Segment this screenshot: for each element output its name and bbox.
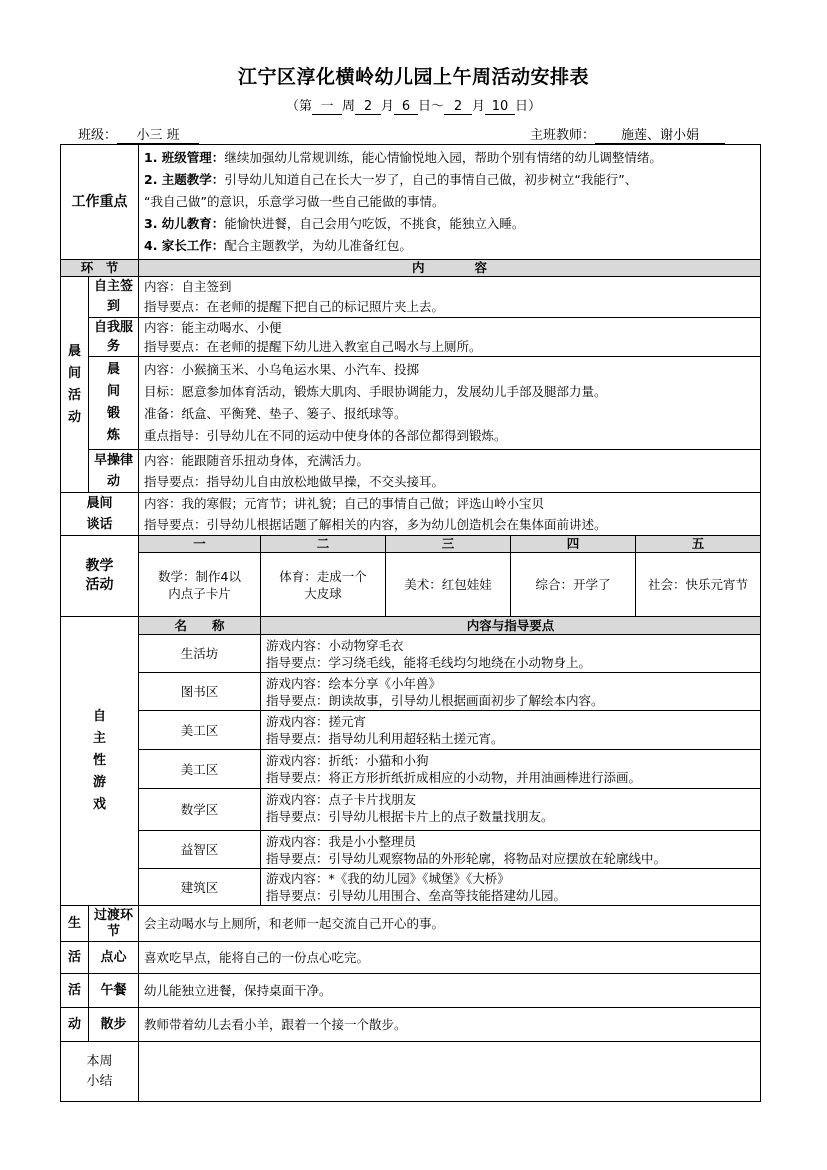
work-focus-item: 1. 班级管理：继续加强幼儿常规训练，能心情愉悦地入园，帮助个别有情绪的幼儿调整… bbox=[144, 147, 755, 169]
content-line: 目标：愿意参加体育活动，锻炼大肌肉、手眼协调能力，发展幼儿手部及腿部力量。 bbox=[144, 381, 755, 403]
morning-content: 内容：能跟随音乐扭动身体，充满活力。 指导要点：指导幼儿自由放松地做早操，不交头… bbox=[139, 450, 761, 493]
area-content: 游戏内容：折纸：小猫和小狗指导要点：将正方形折纸折成相应的小动物，并用油画棒进行… bbox=[261, 750, 761, 789]
schedule-table: 工作重点 1. 班级管理：继续加强幼儿常规训练，能心情愉悦地入园，帮助个别有情绪… bbox=[60, 144, 761, 1102]
week-number: 一 bbox=[312, 100, 342, 115]
day-header: 三 bbox=[386, 536, 511, 553]
content-line: 指导要点：引导幼儿根据话题了解相关的内容，多为幼儿创造机会在集体面前讲述。 bbox=[144, 514, 755, 535]
free-play-header-row: 自主性游戏 名 称 内容与指导要点 bbox=[61, 617, 761, 635]
content-line: 指导要点：将正方形折纸折成相应的小动物，并用油画棒进行添画。 bbox=[266, 769, 755, 786]
col-name-header: 名 称 bbox=[139, 617, 261, 635]
activity-cell: 社会：快乐元宵节 bbox=[636, 553, 761, 617]
life-row: 生 过渡环节 会主动喝水与上厕所，和老师一起交流自己开心的事。 bbox=[61, 906, 761, 942]
activity-cell: 体育：走成一个大皮球 bbox=[261, 553, 386, 617]
teaching-days-row: 教学活动 一 二 三 四 五 bbox=[61, 536, 761, 553]
content-line: 内容：我的寒假；元宵节；讲礼貌；自己的事情自己做；评选山岭小宝贝 bbox=[144, 493, 755, 514]
content-line: 指导要点：学习绕毛线，能将毛线均匀地绕在小动物身上。 bbox=[266, 654, 755, 671]
content-line: 准备：纸盒、平衡凳、垫子、篓子、报纸球等。 bbox=[144, 403, 755, 425]
end-day: 10 bbox=[485, 100, 515, 115]
area-content: 游戏内容：点子卡片找朋友指导要点：引导幼儿根据卡片上的点子数量找朋友。 bbox=[261, 789, 761, 831]
life-content: 幼儿能独立进餐，保持桌面干净。 bbox=[139, 974, 761, 1008]
work-focus-content: 1. 班级管理：继续加强幼儿常规训练，能心情愉悦地入园，帮助个别有情绪的幼儿调整… bbox=[139, 145, 761, 260]
area-name: 建筑区 bbox=[139, 869, 261, 906]
section-header-row: 环 节 内 容 bbox=[61, 260, 761, 277]
area-row: 建筑区 游戏内容：*《我的幼儿园》《城堡》《大桥》指导要点：引导幼儿用围合、垒高… bbox=[61, 869, 761, 906]
morning-sub-label: 早操律动 bbox=[89, 450, 139, 493]
week-suffix: 周 bbox=[342, 99, 355, 114]
content-line: 内容：能跟随音乐扭动身体，充满活力。 bbox=[144, 450, 755, 471]
morning-label: 晨间活动 bbox=[61, 277, 89, 493]
area-row: 美工区 游戏内容：折纸：小猫和小狗指导要点：将正方形折纸折成相应的小动物，并用油… bbox=[61, 750, 761, 789]
talk-row: 晨间谈话 内容：我的寒假；元宵节；讲礼貌；自己的事情自己做；评选山岭小宝贝 指导… bbox=[61, 493, 761, 536]
content-line: 内容：自主签到 bbox=[144, 277, 755, 297]
content-line: 指导要点：在老师的提醒下把自己的标记照片夹上去。 bbox=[144, 297, 755, 317]
life-row: 活 点心 喜欢吃早点，能将自己的一份点心吃完。 bbox=[61, 942, 761, 974]
activity-cell: 综合：开学了 bbox=[511, 553, 636, 617]
subtitle-close: 日） bbox=[515, 99, 541, 114]
morning-row: 自我服务 内容：能主动喝水、小便 指导要点：在老师的提醒下幼儿进入教室自己喝水与… bbox=[61, 318, 761, 357]
morning-content: 内容：自主签到 指导要点：在老师的提醒下把自己的标记照片夹上去。 bbox=[139, 277, 761, 318]
work-focus-label: 工作重点 bbox=[61, 145, 139, 260]
activity-cell: 美术：红包娃娃 bbox=[386, 553, 511, 617]
life-row: 动 散步 教师带着幼儿去看小羊，跟着一个接一个散步。 bbox=[61, 1008, 761, 1042]
vertical-label: 晨间锻炼 bbox=[107, 359, 121, 447]
header-content: 内 容 bbox=[139, 260, 761, 277]
area-content: 游戏内容：绘本分享《小年兽》指导要点：朗读故事，引导幼儿根据画面初步了解绘本内容… bbox=[261, 673, 761, 711]
area-content: 游戏内容：*《我的幼儿园》《城堡》《大桥》指导要点：引导幼儿用围合、垒高等技能搭… bbox=[261, 869, 761, 906]
work-focus-item-cont: “我自己做”的意识，乐意学习做一些自己能做的事情。 bbox=[144, 191, 755, 213]
morning-row: 晨间活动 自主签到 内容：自主签到 指导要点：在老师的提醒下把自己的标记照片夹上… bbox=[61, 277, 761, 318]
talk-label: 晨间谈话 bbox=[61, 493, 139, 536]
content-line: 内容：能主动喝水、小便 bbox=[144, 318, 755, 337]
life-sub-label: 点心 bbox=[89, 942, 139, 974]
subtitle-open: （第 bbox=[286, 99, 312, 114]
day-header: 四 bbox=[511, 536, 636, 553]
life-label-char: 动 bbox=[61, 1008, 89, 1042]
day-header: 二 bbox=[261, 536, 386, 553]
content-line: 指导要点：引导幼儿观察物品的外形轮廓，将物品对应摆放在轮廓线中。 bbox=[266, 850, 755, 867]
content-line: 游戏内容：点子卡片找朋友 bbox=[266, 791, 755, 808]
teacher-value: 施莲、谢小娟 bbox=[595, 128, 725, 144]
start-day: 6 bbox=[394, 100, 418, 115]
life-content: 教师带着幼儿去看小羊，跟着一个接一个散步。 bbox=[139, 1008, 761, 1042]
area-name: 生活坊 bbox=[139, 635, 261, 673]
teaching-activities-row: 数学：制作4以内点子卡片 体育：走成一个大皮球 美术：红包娃娃 综合：开学了 社… bbox=[61, 553, 761, 617]
content-line: 重点指导：引导幼儿在不同的运动中使身体的各部位都得到锻炼。 bbox=[144, 425, 755, 447]
class-value: 小三 班 bbox=[117, 128, 199, 144]
col-content-header: 内容与指导要点 bbox=[261, 617, 761, 635]
summary-label: 本周小结 bbox=[61, 1042, 139, 1102]
summary-row: 本周小结 bbox=[61, 1042, 761, 1102]
morning-sub-label: 晨间锻炼 bbox=[89, 357, 139, 450]
life-label-char: 活 bbox=[61, 974, 89, 1008]
page-title: 江宁区淳化横岭幼儿园上午周活动安排表 bbox=[0, 62, 827, 89]
morning-sub-label: 自我服务 bbox=[89, 318, 139, 357]
life-sub-label: 午餐 bbox=[89, 974, 139, 1008]
area-content: 游戏内容：我是小小整理员指导要点：引导幼儿观察物品的外形轮廓，将物品对应摆放在轮… bbox=[261, 831, 761, 869]
content-line: 游戏内容：搓元宵 bbox=[266, 713, 755, 730]
life-content: 喜欢吃早点，能将自己的一份点心吃完。 bbox=[139, 942, 761, 974]
teacher-info: 主班教师：施莲、谢小娟 bbox=[530, 124, 725, 144]
area-name: 美工区 bbox=[139, 711, 261, 750]
content-line: 指导要点：朗读故事，引导幼儿根据画面初步了解绘本内容。 bbox=[266, 692, 755, 709]
area-row: 数学区 游戏内容：点子卡片找朋友指导要点：引导幼儿根据卡片上的点子数量找朋友。 bbox=[61, 789, 761, 831]
work-focus-item: 3. 幼儿教育：能愉快进餐，自己会用勺吃饭，不挑食，能独立入睡。 bbox=[144, 213, 755, 235]
date-range: （第一周2月6日～2月10日） bbox=[0, 95, 827, 115]
area-content: 游戏内容：搓元宵指导要点：指导幼儿利用超轻粘土搓元宵。 bbox=[261, 711, 761, 750]
start-day-suffix: 日～ bbox=[418, 99, 444, 114]
class-label: 班级： bbox=[78, 128, 117, 143]
life-sub-label: 散步 bbox=[89, 1008, 139, 1042]
vertical-label: 自主性游戏 bbox=[93, 706, 107, 816]
class-info: 班级：小三 班 bbox=[78, 124, 199, 144]
teaching-label: 教学活动 bbox=[61, 536, 139, 617]
content-line: 指导要点：引导幼儿用围合、垒高等技能搭建幼儿园。 bbox=[266, 887, 755, 904]
start-month: 2 bbox=[355, 100, 381, 115]
morning-row: 晨间锻炼 内容：小猴摘玉米、小乌龟运水果、小汽车、投掷 目标：愿意参加体育活动，… bbox=[61, 357, 761, 450]
content-line: 游戏内容：我是小小整理员 bbox=[266, 833, 755, 850]
content-line: 游戏内容：折纸：小猫和小狗 bbox=[266, 752, 755, 769]
day-header: 五 bbox=[636, 536, 761, 553]
area-row: 生活坊 游戏内容：小动物穿毛衣指导要点：学习绕毛线，能将毛线均匀地绕在小动物身上… bbox=[61, 635, 761, 673]
morning-content: 内容：小猴摘玉米、小乌龟运水果、小汽车、投掷 目标：愿意参加体育活动，锻炼大肌肉… bbox=[139, 357, 761, 450]
content-line: 游戏内容：绘本分享《小年兽》 bbox=[266, 675, 755, 692]
content-line: 内容：小猴摘玉米、小乌龟运水果、小汽车、投掷 bbox=[144, 359, 755, 381]
morning-row: 早操律动 内容：能跟随音乐扭动身体，充满活力。 指导要点：指导幼儿自由放松地做早… bbox=[61, 450, 761, 493]
header-link: 环 节 bbox=[61, 260, 139, 277]
end-month-suffix: 月 bbox=[472, 99, 485, 114]
summary-content[interactable] bbox=[139, 1042, 761, 1102]
content-line: 指导要点：引导幼儿根据卡片上的点子数量找朋友。 bbox=[266, 808, 755, 825]
teacher-label: 主班教师： bbox=[530, 128, 595, 143]
work-focus-row: 工作重点 1. 班级管理：继续加强幼儿常规训练，能心情愉悦地入园，帮助个别有情绪… bbox=[61, 145, 761, 260]
area-row: 益智区 游戏内容：我是小小整理员指导要点：引导幼儿观察物品的外形轮廓，将物品对应… bbox=[61, 831, 761, 869]
area-row: 图书区 游戏内容：绘本分享《小年兽》指导要点：朗读故事，引导幼儿根据画面初步了解… bbox=[61, 673, 761, 711]
day-header: 一 bbox=[139, 536, 261, 553]
morning-content: 内容：能主动喝水、小便 指导要点：在老师的提醒下幼儿进入教室自己喝水与上厕所。 bbox=[139, 318, 761, 357]
free-play-label: 自主性游戏 bbox=[61, 617, 139, 906]
life-label-char: 活 bbox=[61, 942, 89, 974]
area-row: 美工区 游戏内容：搓元宵指导要点：指导幼儿利用超轻粘土搓元宵。 bbox=[61, 711, 761, 750]
end-month: 2 bbox=[444, 100, 472, 115]
content-line: 游戏内容：小动物穿毛衣 bbox=[266, 637, 755, 654]
content-line: 指导要点：指导幼儿自由放松地做早操，不交头接耳。 bbox=[144, 471, 755, 492]
area-name: 益智区 bbox=[139, 831, 261, 869]
content-line: 游戏内容：*《我的幼儿园》《城堡》《大桥》 bbox=[266, 870, 755, 887]
talk-content: 内容：我的寒假；元宵节；讲礼貌；自己的事情自己做；评选山岭小宝贝 指导要点：引导… bbox=[139, 493, 761, 536]
area-name: 数学区 bbox=[139, 789, 261, 831]
work-focus-item: 4. 家长工作：配合主题教学，为幼儿准备红包。 bbox=[144, 235, 755, 257]
morning-sub-label: 自主签到 bbox=[89, 277, 139, 318]
start-month-suffix: 月 bbox=[381, 99, 394, 114]
area-name: 美工区 bbox=[139, 750, 261, 789]
content-line: 指导要点：指导幼儿利用超轻粘土搓元宵。 bbox=[266, 730, 755, 747]
activity-cell: 数学：制作4以内点子卡片 bbox=[139, 553, 261, 617]
content-line: 指导要点：在老师的提醒下幼儿进入教室自己喝水与上厕所。 bbox=[144, 337, 755, 356]
life-label-char: 生 bbox=[61, 906, 89, 942]
life-sub-label: 过渡环节 bbox=[89, 906, 139, 942]
area-name: 图书区 bbox=[139, 673, 261, 711]
work-focus-item: 2. 主题教学：引导幼儿知道自己在长大一岁了，自己的事情自己做，初步树立“我能行… bbox=[144, 169, 755, 191]
life-content: 会主动喝水与上厕所，和老师一起交流自己开心的事。 bbox=[139, 906, 761, 942]
area-content: 游戏内容：小动物穿毛衣指导要点：学习绕毛线，能将毛线均匀地绕在小动物身上。 bbox=[261, 635, 761, 673]
life-row: 活 午餐 幼儿能独立进餐，保持桌面干净。 bbox=[61, 974, 761, 1008]
